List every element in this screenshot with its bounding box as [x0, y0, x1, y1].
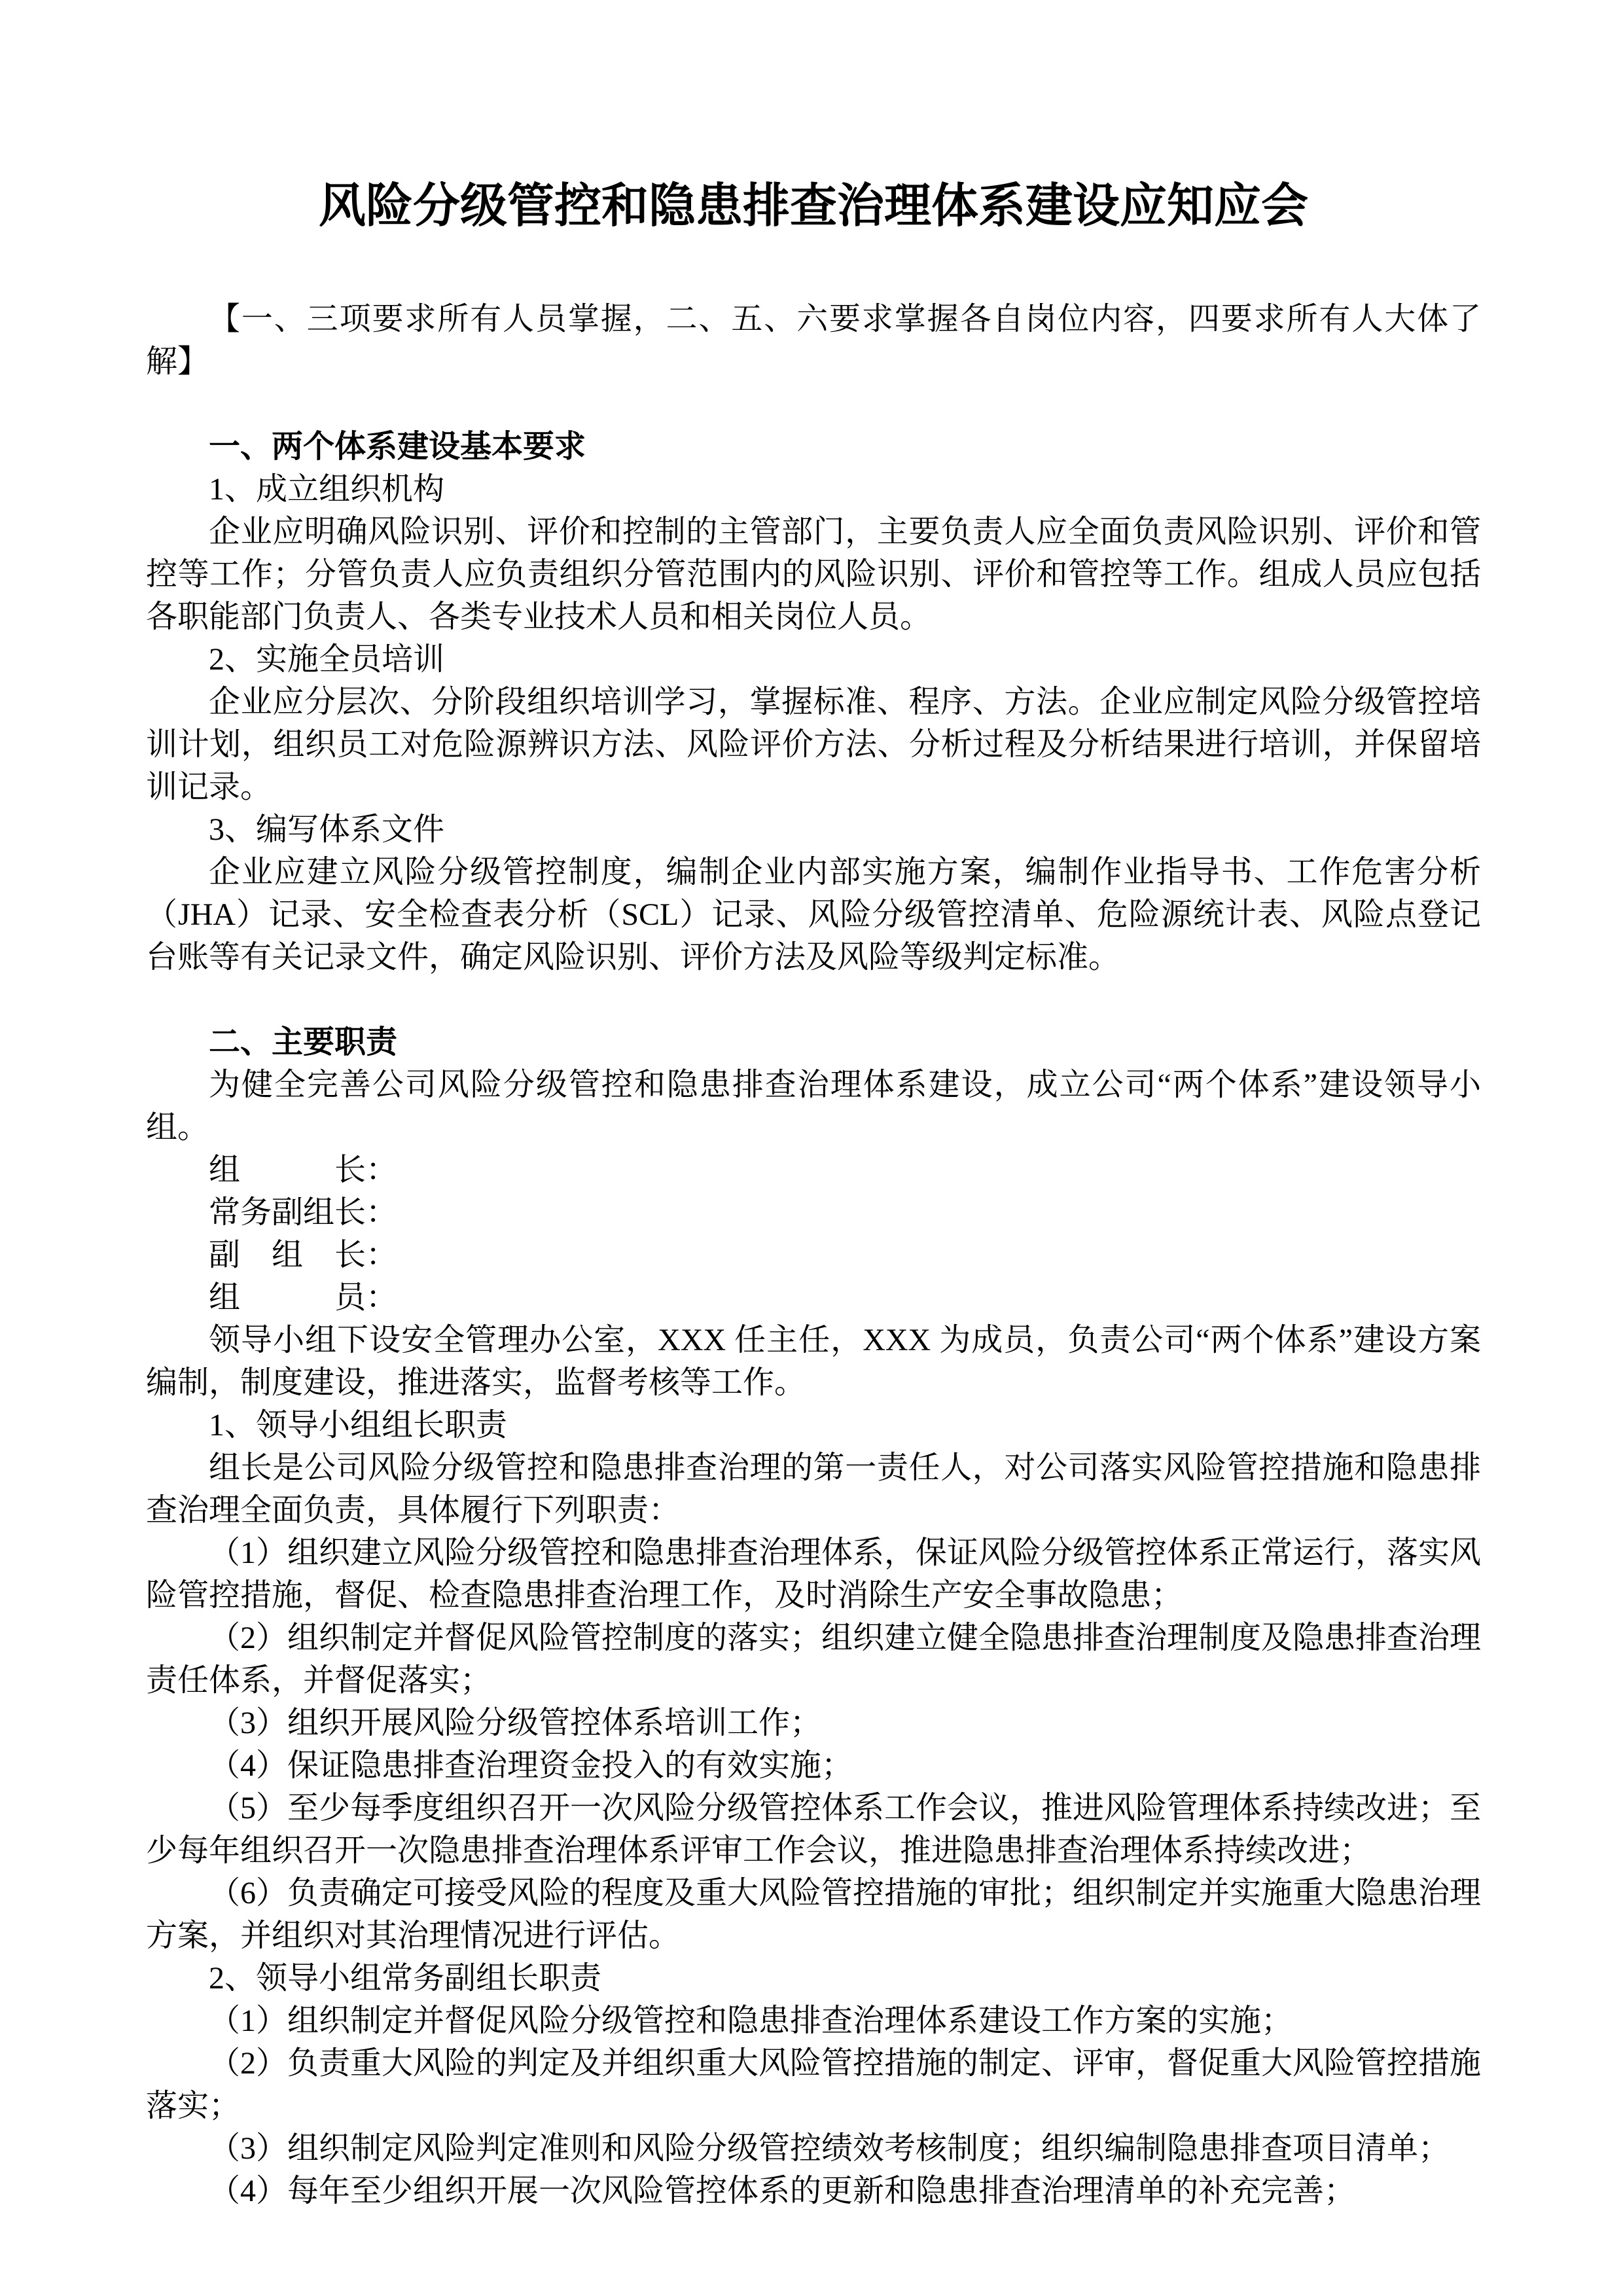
paragraph: 常务副组长： [146, 1191, 1481, 1234]
paragraph: 副 组 长： [146, 1234, 1481, 1276]
sections: 一、两个体系建设基本要求1、成立组织机构企业应明确风险识别、评价和控制的主管部门… [146, 425, 1481, 2212]
paragraph: 为健全完善公司风险分级管控和隐患排查治理体系建设，成立公司“两个体系”建设领导小… [146, 1064, 1481, 1149]
paragraph: 组长是公司风险分级管控和隐患排查治理的第一责任人，对公司落实风险管控措施和隐患排… [146, 1446, 1481, 1532]
paragraph: （5）至少每季度组织召开一次风险分级管控体系工作会议，推进风险管理体系持续改进；… [146, 1787, 1481, 1872]
intro-note: 【一、三项要求所有人员掌握，二、五、六要求掌握各自岗位内容，四要求所有人大体了解… [146, 298, 1481, 383]
paragraph: （1）组织制定并督促风险分级管控和隐患排查治理体系建设工作方案的实施； [146, 2000, 1481, 2042]
paragraph: 2、实施全员培训 [146, 638, 1481, 681]
document-section: 二、主要职责为健全完善公司风险分级管控和隐患排查治理体系建设，成立公司“两个体系… [146, 1021, 1481, 2212]
paragraph: （1）组织建立风险分级管控和隐患排查治理体系，保证风险分级管控体系正常运行，落实… [146, 1532, 1481, 1617]
document-section: 一、两个体系建设基本要求1、成立组织机构企业应明确风险识别、评价和控制的主管部门… [146, 425, 1481, 978]
paragraph: 1、领导小组组长职责 [146, 1404, 1481, 1446]
paragraph: （6）负责确定可接受风险的程度及重大风险管控措施的审批；组织制定并实施重大隐患治… [146, 1872, 1481, 1957]
paragraph: 1、成立组织机构 [146, 468, 1481, 511]
document-page: 风险分级管控和隐患排查治理体系建设应知应会 【一、三项要求所有人员掌握，二、五、… [0, 0, 1623, 2296]
paragraph: 领导小组下设安全管理办公室，XXX 任主任，XXX 为成员，负责公司“两个体系”… [146, 1319, 1481, 1404]
paragraph: 组 长： [146, 1149, 1481, 1191]
paragraph: 企业应建立风险分级管控制度，编制企业内部实施方案，编制作业指导书、工作危害分析（… [146, 851, 1481, 978]
paragraph: （4）每年至少组织开展一次风险管控体系的更新和隐患排查治理清单的补充完善； [146, 2170, 1481, 2212]
paragraph: 企业应分层次、分阶段组织培训学习，掌握标准、程序、方法。企业应制定风险分级管控培… [146, 681, 1481, 808]
paragraph: 2、领导小组常务副组长职责 [146, 1957, 1481, 2000]
paragraph: 组 员： [146, 1276, 1481, 1319]
paragraph: （3）组织制定风险判定准则和风险分级管控绩效考核制度；组织编制隐患排查项目清单； [146, 2127, 1481, 2170]
paragraph: （4）保证隐患排查治理资金投入的有效实施； [146, 1744, 1481, 1787]
paragraph: （2）组织制定并督促风险管控制度的落实；组织建立健全隐患排查治理制度及隐患排查治… [146, 1617, 1481, 1702]
paragraph: 3、编写体系文件 [146, 808, 1481, 851]
paragraph: （3）组织开展风险分级管控体系培训工作； [146, 1702, 1481, 1744]
document-title: 风险分级管控和隐患排查治理体系建设应知应会 [146, 173, 1481, 239]
paragraph: （2）负责重大风险的判定及并组织重大风险管控措施的制定、评审，督促重大风险管控措… [146, 2042, 1481, 2127]
paragraph: 企业应明确风险识别、评价和控制的主管部门，主要负责人应全面负责风险识别、评价和管… [146, 511, 1481, 638]
section-heading: 一、两个体系建设基本要求 [146, 425, 1481, 468]
section-heading: 二、主要职责 [146, 1021, 1481, 1064]
